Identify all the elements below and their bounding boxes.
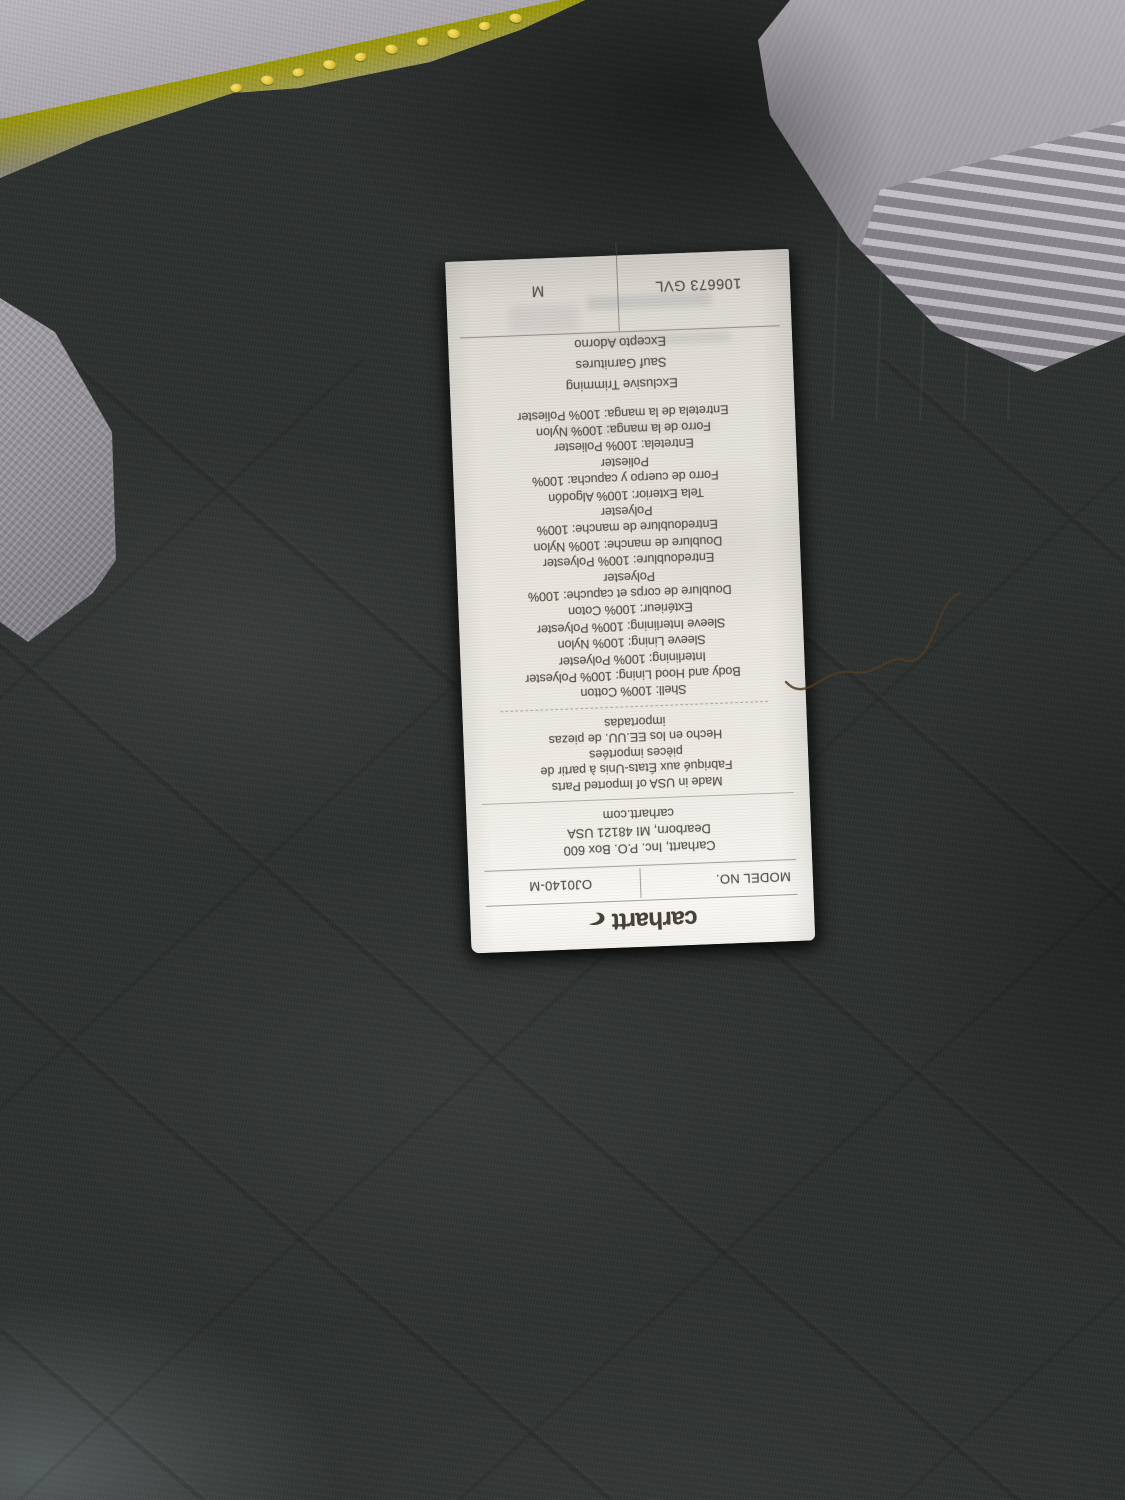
zipper-tooth-icon	[447, 28, 461, 39]
address-block: Carhartt, Inc. P.O. Box 600Dearborn, MI …	[478, 800, 800, 863]
garment-photo: { "label": { "brand_wordmark": "carhartt…	[0, 0, 1125, 1500]
origin-block: Made in USA of Imported PartsFabriqué au…	[475, 707, 798, 797]
zipper-tooth-icon	[509, 12, 523, 23]
care-label: carhartt MODEL NO. OJ0140-M Carhartt, In…	[445, 249, 815, 954]
trimming-block: Exclusive TrimmingSauf GarnituresExcepto…	[460, 326, 782, 401]
brand-wordmark: carhartt	[612, 904, 698, 935]
zipper-tooth-icon	[478, 21, 491, 30]
model-no-label: MODEL NO.	[641, 869, 801, 890]
zipper-tooth-icon	[384, 43, 398, 54]
carhartt-c-icon	[587, 912, 608, 929]
fabric-composition-block: Shell: 100% CottonBody and Hood Lining: …	[463, 398, 794, 705]
zipper-tooth-icon	[292, 67, 305, 76]
zipper-tooth-icon	[260, 74, 274, 85]
zipper-tooth-icon	[416, 36, 429, 45]
model-no-value: OJ0140-M	[481, 868, 642, 904]
lot-size-row: 106673 GVL M	[457, 237, 780, 338]
care-label-content: carhartt MODEL NO. OJ0140-M Carhartt, In…	[445, 249, 815, 954]
zipper-tooth-icon	[230, 83, 243, 92]
zipper-tooth-icon	[354, 52, 367, 61]
size-letter: M	[457, 244, 620, 338]
zipper-tooth-icon	[322, 59, 336, 70]
lot-number: 106673 GVL	[616, 237, 779, 331]
